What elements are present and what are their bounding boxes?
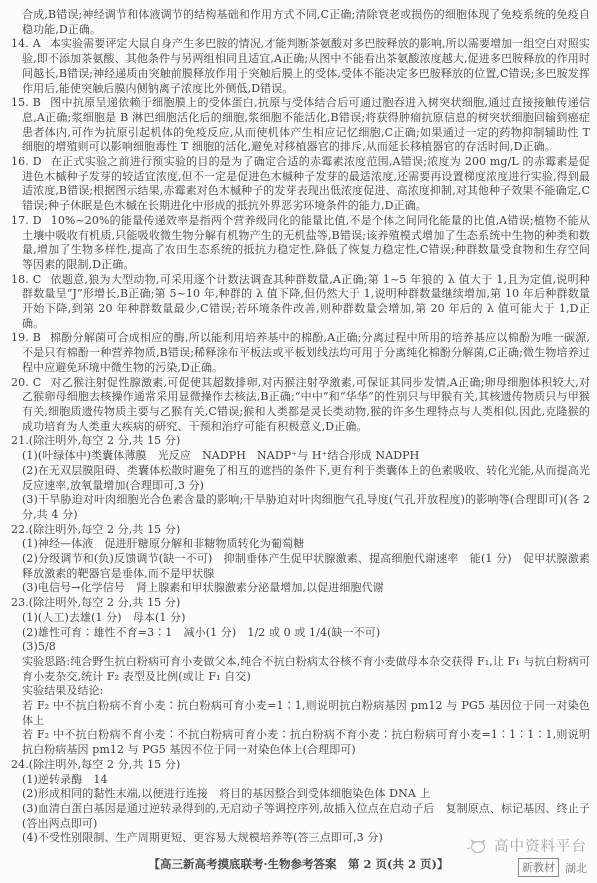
answer-item-24: 24.(除注明外,每空 2 分,共 15 分): [11, 758, 590, 773]
answer-subline: (3)干旱胁迫对叶肉细胞光合色素含量的影响;干旱胁迫对叶肉细胞气孔导度(气孔开放…: [11, 493, 590, 522]
answer-item-15: 15.B图中抗原呈递依赖于细胞膜上的受体蛋白,抗原与受体结合后可通过胞吞进入树突…: [11, 96, 590, 155]
answer-continuation: 合成,B错误;神经调节和体液调节的结构基础和作用方式不同,C正确;清除衰老或损伤…: [11, 8, 590, 37]
answer-subline: (2)分级调节和(负)反馈调节(缺一不可) 抑制垂体产生促甲状腺激素、提高细胞代…: [11, 552, 590, 581]
answer-explanation: 对乙猴注射促性腺激素,可促使其超数排卵,对丙猴注射孕激素,可保证其同步发情,A正…: [22, 376, 590, 433]
platform-logo-icon: [465, 837, 489, 855]
answer-letter: B: [29, 96, 50, 109]
answer-explanation: 棉酚分解菌可合成相应的酶,所以能利用培养基中的棉酚,A正确;分离过程中所用的培养…: [22, 331, 590, 373]
answer-item-19: 19.B棉酚分解菌可合成相应的酶,所以能利用培养基中的棉酚,A正确;分离过程中所…: [11, 331, 590, 375]
answer-subline: (1)神经—体液 促进肝糖原分解和非糖物质转化为葡萄糖: [11, 537, 590, 552]
answer-subline: (2)形成相同的黏性末端,以便进行连接 将目的基因整合到受体细胞染色体 DNA …: [11, 787, 590, 802]
question-number: 21.: [11, 434, 29, 447]
question-number: 23.: [11, 596, 29, 609]
answer-item-18: 18.C依题意,狼为大型动物,可采用逐个计数法调查其种群数量,A正确;第 1~5…: [11, 273, 590, 332]
footer-page-info: 第 2 页(共 2 页)】: [337, 857, 449, 871]
footer-exam-name: 【高三新高考摸底联考·: [149, 857, 268, 871]
answer-letter: B: [29, 331, 50, 344]
answer-subline: 实验思路:纯合野生抗白粉病可育小麦做父本,纯合不抗白粉病太谷核不育小麦做母本杂交…: [11, 655, 590, 684]
question-number: 16.: [11, 155, 29, 168]
question-number: 18.: [11, 273, 29, 286]
answer-subline: (2)在无双层膜阻碍、类囊体松散时避免了相互的遮挡的条件下,更有利于类囊体上的色…: [11, 464, 590, 493]
question-number: 17.: [11, 214, 29, 227]
answer-subline: (2)雄性可育∶雄性不育=3∶1 减小(1 分) 1/2 或 0 或 1/4(缺…: [11, 626, 590, 641]
answer-subline: (3)电信号→化学信号 肾上腺素和甲状腺激素分泌量增加,以促进细胞代谢: [11, 581, 590, 596]
footer-subject: 生物参考答案: [268, 857, 337, 871]
answer-explanation: 依题意,狼为大型动物,可采用逐个计数法调查其种群数量,A正确;第 1~5 年狼的…: [22, 273, 590, 330]
scoring-note: (除注明外,每空 2 分,共 15 分): [29, 434, 181, 447]
answer-explanation: 图中抗原呈递依赖于细胞膜上的受体蛋白,抗原与受体结合后可通过胞吞进入树突状细胞,…: [22, 96, 590, 153]
answer-subline: (1)(叶绿体中)类囊体薄膜 光反应 NADPH NADP⁺与 H⁺结合形成 N…: [11, 449, 590, 464]
answer-item-16: 16.D在正式实验之前进行预实验的目的是为了确定合适的赤霉素浓度范围,A错误;浓…: [11, 155, 590, 214]
scoring-note: (除注明外,每空 2 分,共 15 分): [29, 758, 181, 771]
scoring-note: (除注明外,每空 2 分,共 15 分): [29, 596, 181, 609]
answer-subline: 若 F₂ 中不抗白粉病不育小麦∶抗白粉病可育小麦=1∶1,则说明抗白粉病基因 p…: [11, 699, 590, 728]
answer-subline: (3)5/8: [11, 640, 590, 655]
answer-letter: D: [29, 214, 51, 227]
answer-item-22: 22.(除注明外,每空 2 分,共 15 分): [11, 523, 590, 538]
answer-subline: (1)逆转录酶 14: [11, 773, 590, 788]
answer-item-17: 17.D10%~20%的能量传递效率是指两个营养级同化的能量比值,不是个体之间同…: [11, 214, 590, 273]
answer-letter: A: [29, 37, 50, 50]
answer-explanation: 在正式实验之前进行预实验的目的是为了确定合适的赤霉素浓度范围,A错误;浓度为 2…: [22, 155, 590, 212]
answer-letter: C: [29, 376, 51, 389]
answer-explanation: 10%~20%的能量传递效率是指两个营养级同化的能量比值,不是个体之间同化能量的…: [22, 214, 590, 271]
answer-item-14: 14.A本实验需要评定大鼠自身产生多巴胺的情况,才能判断茶氨酸对多巴胺释放的影响…: [11, 37, 590, 96]
question-number: 24.: [11, 758, 29, 771]
answer-item-23: 23.(除注明外,每空 2 分,共 15 分): [11, 596, 590, 611]
watermark-top-row: 高中资料平台: [465, 835, 587, 856]
platform-name: 高中资料平台: [494, 835, 587, 856]
answer-subline: 实验结果及结论:: [11, 684, 590, 699]
answers-content: 合成,B错误;神经调节和体液调节的结构基础和作用方式不同,C正确;清除衰老或损伤…: [11, 8, 590, 846]
question-number: 14.: [11, 37, 29, 50]
answer-letter: D: [29, 155, 51, 168]
page-footer: 【高三新高考摸底联考·生物参考答案 第 2 页(共 2 页)】: [0, 856, 597, 872]
scoring-note: (除注明外,每空 2 分,共 15 分): [29, 523, 181, 536]
answer-sheet-page: 合成,B错误;神经调节和体液调节的结构基础和作用方式不同,C正确;清除衰老或损伤…: [0, 0, 597, 883]
answer-subline: (3)血清白蛋白基因是通过逆转录得到的,无启动子等调控序列,故插入位点在启动子后…: [11, 802, 590, 831]
answer-explanation: 本实验需要评定大鼠自身产生多巴胺的情况,才能判断茶氨酸对多巴胺释放的影响,所以需…: [22, 37, 590, 94]
question-number: 22.: [11, 523, 29, 536]
answer-item-21: 21.(除注明外,每空 2 分,共 15 分): [11, 434, 590, 449]
answer-item-20: 20.C对乙猴注射促性腺激素,可促使其超数排卵,对丙猴注射孕激素,可保证其同步发…: [11, 376, 590, 435]
answer-subline: (1)(人工)去雄(1 分) 母本(1 分): [11, 611, 590, 626]
answer-subline: 若 F₂ 中不抗白粉病不育小麦∶不抗白粉病可育小麦∶抗白粉病不育小麦∶抗白粉病可…: [11, 728, 590, 757]
question-number: 20.: [11, 376, 29, 389]
answer-letter: C: [29, 273, 51, 286]
question-number: 15.: [11, 96, 29, 109]
question-number: 19.: [11, 331, 29, 344]
